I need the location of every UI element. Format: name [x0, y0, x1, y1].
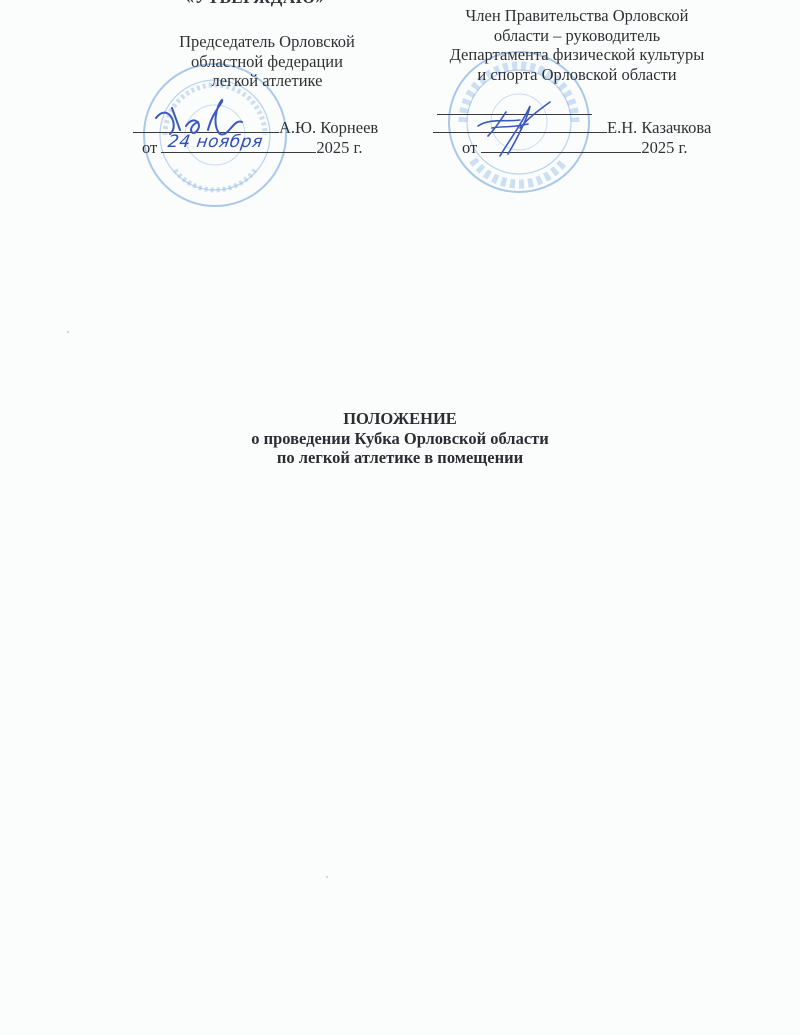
right-title-line: Департамента физической культуры: [412, 45, 742, 65]
left-approver-name: А.Ю. Корнеев: [279, 118, 378, 137]
title-subtitle-line: о проведении Кубка Орловской области: [0, 429, 800, 449]
title-heading: ПОЛОЖЕНИЕ: [0, 409, 800, 429]
title-subtitle-line: по легкой атлетике в помещении: [0, 448, 800, 468]
right-blank-line: [437, 100, 592, 120]
right-approver-title: Член Правительства Орловской области – р…: [412, 6, 742, 84]
date-underline: [481, 138, 641, 153]
left-year: 2025 г.: [316, 138, 362, 157]
left-handwritten-date: 24 ноября: [167, 132, 265, 152]
right-title-line: Член Правительства Орловской: [412, 6, 742, 26]
left-title-line: легкой атлетике: [120, 71, 414, 91]
right-approver-name: Е.Н. Казачкова: [607, 118, 711, 137]
left-title-line: областной федерации: [120, 52, 414, 72]
document-page: «УТВЕРЖДАЮ» Председатель Орловской облас…: [0, 0, 800, 1035]
signature-underline: [133, 118, 279, 133]
blank-underline: [437, 100, 592, 115]
scan-speck: [326, 876, 328, 878]
right-date-line: от 2025 г.: [462, 138, 688, 158]
right-title-line: области – руководитель: [412, 26, 742, 46]
scan-speck: [67, 331, 69, 333]
date-prefix: от: [142, 138, 157, 157]
right-signature-line: Е.Н. Казачкова: [433, 118, 711, 138]
right-year: 2025 г.: [641, 138, 687, 157]
left-approver-title: Председатель Орловской областной федерац…: [120, 32, 414, 91]
date-prefix: от: [462, 138, 477, 157]
right-title-line: и спорта Орловской области: [412, 65, 742, 85]
document-title: ПОЛОЖЕНИЕ о проведении Кубка Орловской о…: [0, 409, 800, 468]
signature-underline: [433, 118, 607, 133]
left-title-line: Председатель Орловской: [120, 32, 414, 52]
